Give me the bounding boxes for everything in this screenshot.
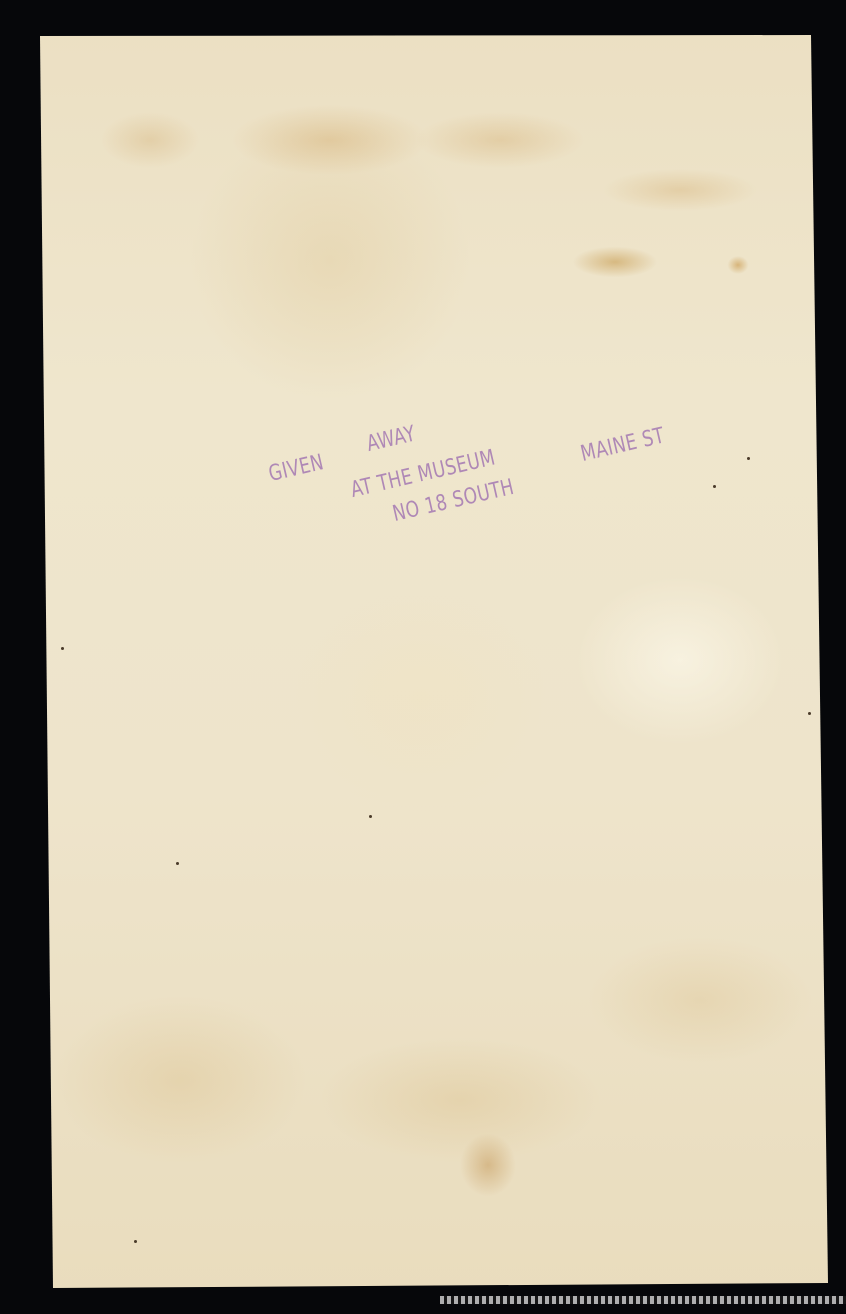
speck — [713, 485, 716, 488]
speck — [747, 457, 750, 460]
speck — [61, 647, 64, 650]
scan-ruler-edge — [440, 1296, 846, 1304]
speck — [134, 1240, 137, 1243]
speck — [176, 862, 179, 865]
card-back — [0, 0, 846, 1314]
speck — [808, 712, 811, 715]
speck — [369, 815, 372, 818]
